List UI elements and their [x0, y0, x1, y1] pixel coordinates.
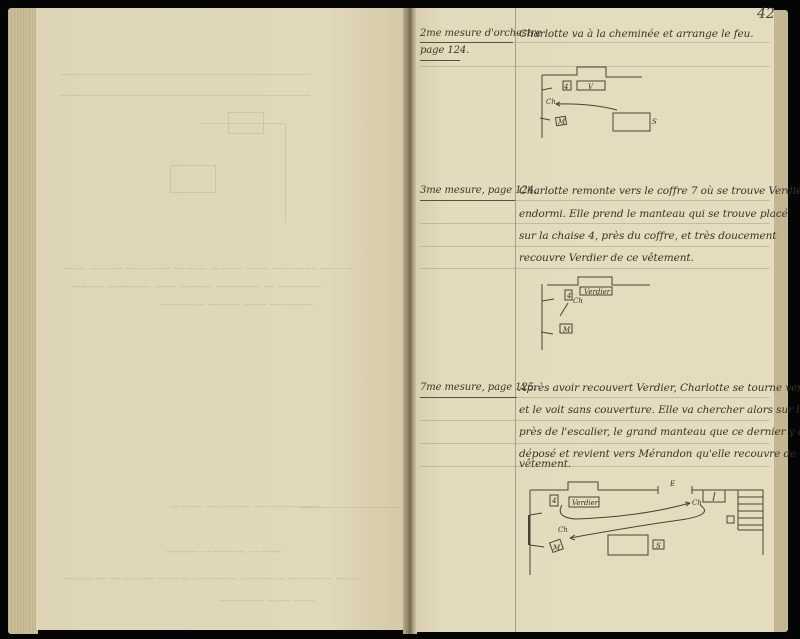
bleed-through-box [170, 165, 216, 193]
left-page-stack-edge [8, 8, 38, 634]
svg-text:Ch: Ch [546, 98, 556, 106]
ruled-line [420, 268, 770, 269]
entry-3-text-line-5: vêtement. [519, 458, 571, 470]
entry-3-text-line-1: Après avoir recouvert Verdier, Charlotte… [519, 382, 800, 394]
svg-text:4: 4 [551, 497, 556, 505]
table [608, 535, 648, 555]
entry-3-stage-diagram: E 4 Verdier Ch Ch M S [520, 475, 780, 585]
bleed-through-line [60, 95, 310, 96]
entry-1-text-line-1: Charlotte va à la cheminée et arrange le… [519, 28, 754, 40]
small-box [727, 516, 734, 523]
ruled-line [420, 223, 770, 224]
svg-text:4: 4 [563, 83, 568, 91]
entry-2-text-line-4: recouvre Verdier de ce vêtement. [519, 252, 694, 264]
ruled-line [420, 420, 770, 421]
label-underline [420, 397, 517, 398]
bleed-through-line [198, 123, 284, 124]
entry-3-text-line-2: et le voit sans couverture. Elle va cher… [519, 404, 800, 416]
bleed-through-text: ——— ———— —— ——— ———— — ———— [70, 280, 322, 293]
entry-2-text-line-3: sur la chaise 4, près du coffre, et très… [519, 230, 776, 242]
back-wall [542, 67, 642, 77]
entry-2-stage-diagram: 4 Ch Verdier M [520, 270, 660, 360]
label-underline [420, 200, 515, 201]
back-wall [547, 277, 650, 285]
bleed-through-line [285, 123, 286, 223]
notebook-spread: —— ——— ———— ——— ——— —— ———— ——— ——— ————… [0, 0, 800, 639]
svg-text:E: E [669, 480, 675, 488]
entry-2-text-line-2: endormi. Elle prend le manteau qui se tr… [519, 208, 788, 220]
svg-text:Verdier: Verdier [584, 288, 611, 296]
ruled-line [420, 466, 770, 467]
bleed-through-text: —— ——— ———— ——— ——— —— ———— ——— [64, 262, 352, 275]
left-page [36, 8, 404, 630]
movement-arrow [556, 104, 617, 110]
svg-text:Verdier: Verdier [572, 499, 599, 507]
label-underline [420, 42, 513, 43]
svg-text:4: 4 [566, 292, 571, 300]
book-gutter [403, 8, 417, 634]
svg-text:S: S [652, 118, 657, 126]
svg-text:S: S [656, 542, 661, 550]
svg-text:Ch: Ch [573, 297, 583, 305]
bleed-through-text: ——— ———— —————— [170, 500, 320, 513]
bleed-through-text: ———— —— —— [220, 594, 315, 607]
bleed-through-line [60, 74, 310, 75]
svg-text:Ch: Ch [558, 526, 568, 534]
svg-text:M: M [557, 118, 566, 126]
back-wall-left [530, 482, 658, 490]
bleed-through-text: ———— ——— —— ———— [160, 298, 314, 311]
svg-text:M: M [562, 326, 571, 334]
entry-3-text-line-3: près de l'escalier, le grand manteau que… [519, 426, 800, 438]
entry-1-label-line-2: page 124. [420, 45, 469, 56]
table [613, 113, 650, 131]
ruled-line [420, 443, 770, 444]
entry-2-text-line-1: Charlotte remonte vers le coffre 7 où se… [519, 185, 800, 197]
ruled-line [420, 246, 770, 247]
svg-text:M: M [552, 544, 561, 552]
entry-1-stage-diagram: 4 V Ch M S [510, 60, 680, 150]
page-number: 42 [757, 6, 775, 22]
bleed-through-text: ——— ———— ——— [165, 545, 282, 558]
movement-arrow-return [570, 505, 705, 538]
bleed-through-text: ———— ———— ——— ———— ———— ———— —— [62, 572, 358, 585]
label-underline [420, 60, 460, 61]
